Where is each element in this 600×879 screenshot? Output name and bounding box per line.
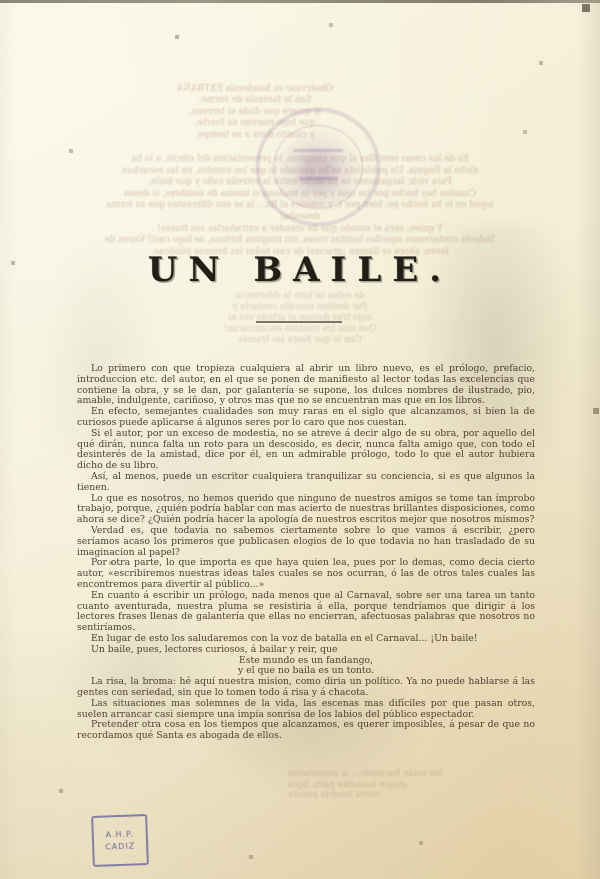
paragraph: Verdad es, que todavia no sabemos cierta… [77, 526, 535, 558]
bleedthrough-line: Con lo que fuera las tramas [148, 335, 452, 346]
title-rule [256, 321, 342, 323]
scan-top-edge [0, 0, 600, 3]
paragraph: En efecto, semejantes cualidades son muy… [77, 407, 535, 429]
archive-stamp-line2: CADIZ [105, 841, 135, 851]
bleedthrough-bottom-block: los están haciendo... si anunciaranalegr… [288, 769, 528, 801]
bleedthrough-line: Obsérvase su banderola EXTRAÑA [166, 84, 344, 95]
paragraph: Las situaciones mas solemnes de la vida,… [77, 699, 535, 721]
paragraph: Un baile, pues, lectores curiosos, á bai… [77, 645, 535, 656]
paragraph: Lo primero con que tropieza cualquiera a… [77, 364, 535, 407]
stamp-mark [299, 177, 337, 180]
bleedthrough-line: Por destino sencillo contarla y [148, 302, 452, 313]
bleedthrough-mid-block: de estos se hizo la diferenciaPor destin… [148, 291, 452, 346]
paragraph: Por otra parte, lo que importa es que ha… [77, 558, 535, 590]
bleedthrough-line: San la fantasía de verme, [166, 95, 344, 106]
paragraph: Así, al menos, puede un escritor cualqui… [77, 472, 535, 494]
bleedthrough-line: Todavía contaremos aquellas bonitas cosa… [33, 235, 567, 247]
stamp-mark [293, 149, 343, 152]
paragraph: En cuanto á escribir un prólogo, nada me… [77, 591, 535, 634]
bleedthrough-line: alegre bastante para, lejos [288, 780, 528, 791]
page-title: UN BAILE. [0, 250, 600, 290]
bleedthrough-line: Y quien, será el mundo que de atender a … [33, 224, 567, 236]
paragraph: Si el autor, por un exceso de modestia, … [77, 429, 535, 472]
circular-ink-stamp-icon [256, 108, 380, 226]
scanned-document-page: Obsérvase su banderola EXTRAÑASan la fan… [0, 0, 600, 879]
paragraph: Pretender otra cosa en los tiempos que a… [77, 720, 535, 742]
archive-stamp: A.H.P. CADIZ [91, 814, 149, 867]
bleedthrough-line: de estos se hizo la diferencia [148, 291, 452, 302]
bleedthrough-line: cerca tendría puesta [288, 790, 528, 801]
bleedthrough-line: los están haciendo... si anunciaran [288, 769, 528, 780]
bleedthrough-line: Que mas los cuantos encontrarán! [148, 324, 452, 335]
archive-stamp-line1: A.H.P. [105, 830, 134, 840]
circular-ink-stamp-center [273, 125, 363, 209]
paragraph: La risa, la broma: hé aquí nuestra misio… [77, 677, 535, 699]
document-body: Lo primero con que tropieza cualquiera a… [77, 364, 535, 742]
paragraph: Lo que es nosotros, no hemos querido que… [77, 494, 535, 526]
